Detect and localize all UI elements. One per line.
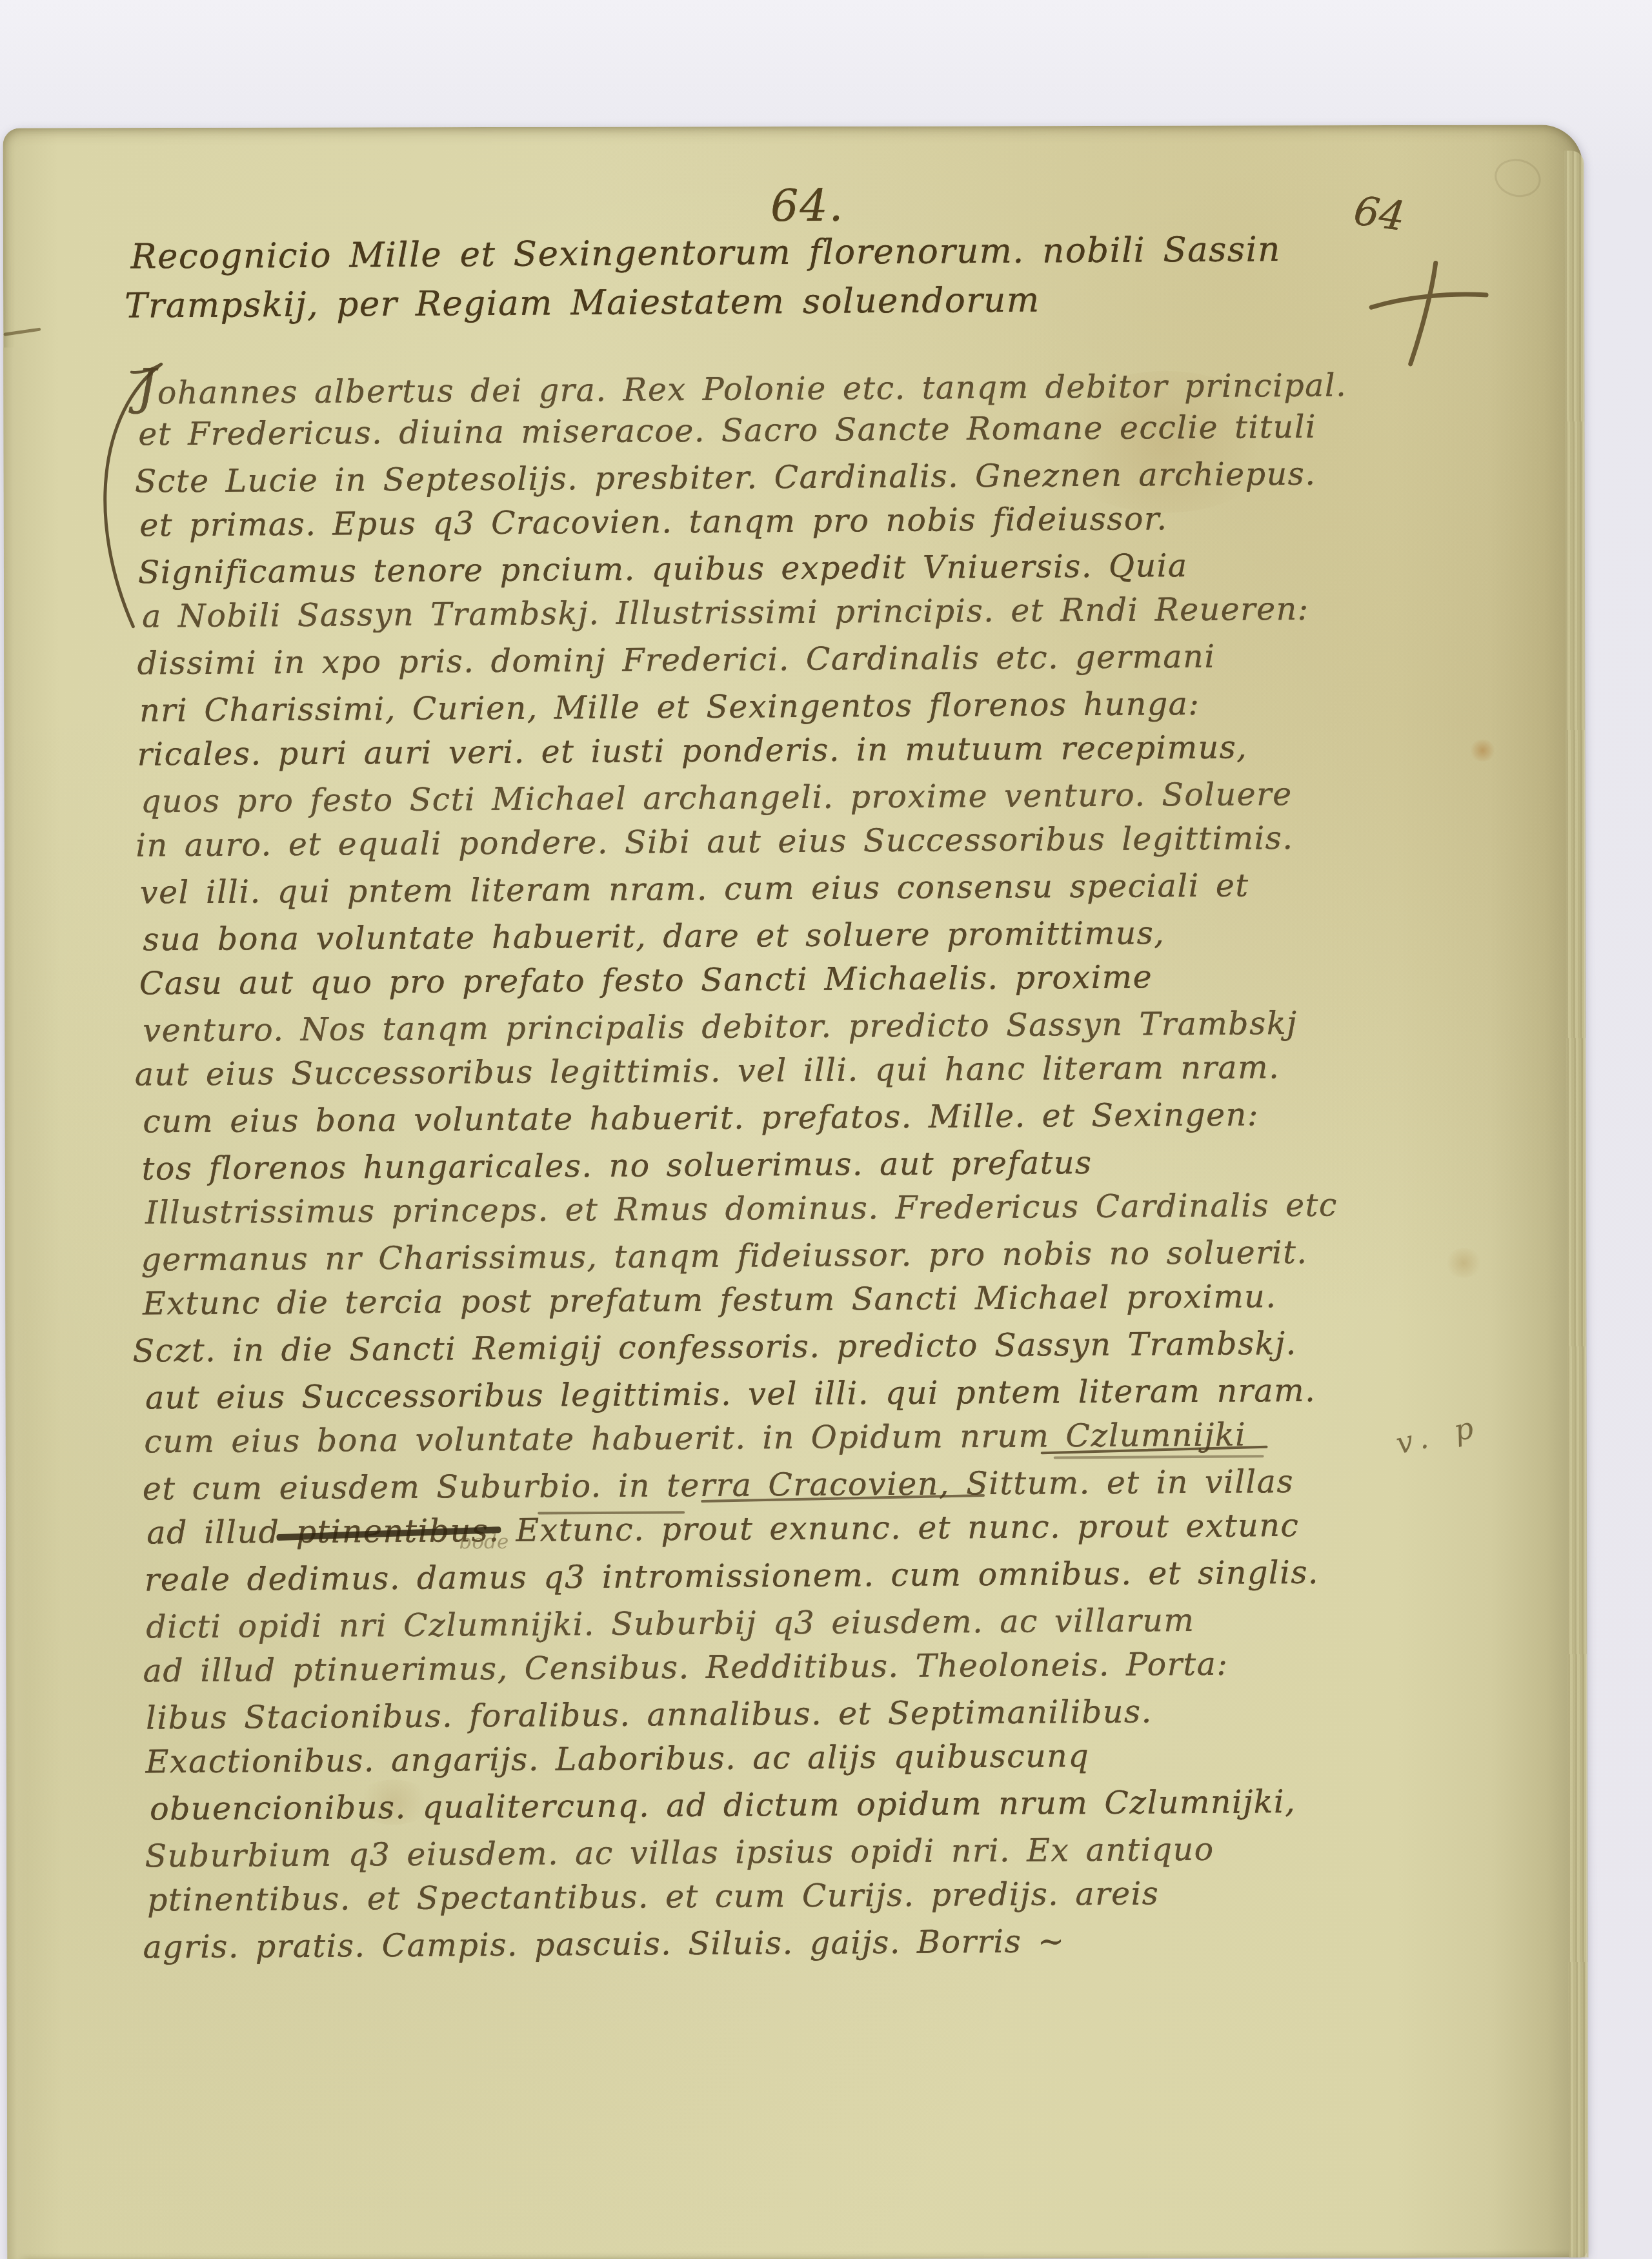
heading-line: Trampskij, per Regiam Maiestatem soluend… xyxy=(125,273,1486,331)
text-line: et Fredericus. diuina miseracoe. Sacro S… xyxy=(138,403,1532,458)
text-line: Exactionibus. angarijs. Laboribus. ac al… xyxy=(145,1730,1539,1785)
text-line: Extunc die tercia post prefatum festum S… xyxy=(143,1272,1536,1327)
text-line: ad illud ptinuerimus, Censibus. Redditib… xyxy=(143,1639,1537,1694)
folio-number: 64. xyxy=(771,180,913,232)
text-line: Johannes albertus dei gra. Rex Polonie e… xyxy=(137,356,1531,410)
text-line: obuencionibus. qualitercunq. ad dictum o… xyxy=(150,1778,1544,1832)
text-line: a Nobili Sassyn Trambskj. Illustrissimi … xyxy=(142,585,1536,640)
text-line: aut eius Successoribus legittimis. vel i… xyxy=(135,1043,1529,1098)
text-line: Sczt. in die Sancti Remigij confessoris.… xyxy=(132,1319,1526,1374)
faint-corner-stamp xyxy=(1491,154,1545,201)
margin-dash-mark xyxy=(3,328,41,336)
text-line: Casu aut quo pro prefato festo Sancti Mi… xyxy=(139,952,1533,1007)
text-line: cum eius bona voluntate habuerit. prefat… xyxy=(143,1090,1536,1145)
text-line: et primas. Epus q3 Cracovien. tanqm pro … xyxy=(139,494,1533,549)
text-line: reale dedimus. damus q3 intromissionem. … xyxy=(145,1548,1538,1603)
text-line: cum eius bona voluntate habuerit. in Opi… xyxy=(144,1410,1538,1465)
ink-layer: 64. 64 Recognicio Mille et Sexingentorum… xyxy=(0,121,1592,2259)
text-line: ricales. puri auri veri. et iusti ponder… xyxy=(137,723,1531,778)
text-line: ptinentibus. et Spectantibus. et cum Cur… xyxy=(147,1869,1541,1923)
text-line: vel illi. qui pntem literam nram. cum ei… xyxy=(140,861,1534,916)
heading-line: Recognicio Mille et Sexingentorum floren… xyxy=(130,224,1486,282)
text-line: agris. pratis. Campis. pascuis. Siluis. … xyxy=(143,1916,1536,1970)
text-line: Illustrissimus princeps. et Rmus dominus… xyxy=(145,1181,1539,1236)
text-line: dissimi in xpo pris. dominj Frederici. C… xyxy=(137,632,1531,687)
text-line: in auro. et equali pondere. Sibi aut eiu… xyxy=(136,814,1529,869)
heading: Recognicio Mille et Sexingentorum floren… xyxy=(130,224,1486,331)
text-line: ad illud ptinentibus. Extunc. prout exnu… xyxy=(146,1501,1540,1556)
manuscript-page: 64. 64 Recognicio Mille et Sexingentorum… xyxy=(3,125,1587,2259)
body-text: Johannes albertus dei gra. Rex Polonie e… xyxy=(137,357,1541,1970)
scanned-manuscript: 64. 64 Recognicio Mille et Sexingentorum… xyxy=(0,0,1652,2259)
